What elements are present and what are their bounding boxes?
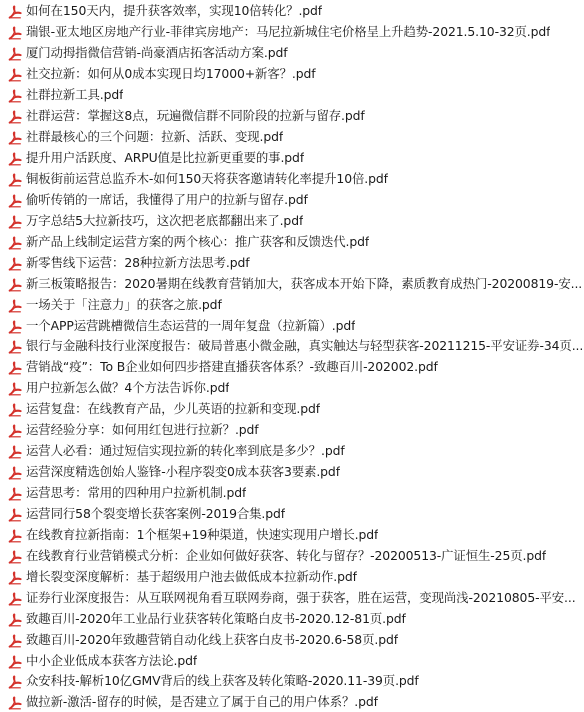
pdf-icon [8, 381, 22, 395]
file-name: 一场关于「注意力」的获客之旅.pdf [26, 295, 222, 315]
file-item[interactable]: 瑞银-亚太地区房地产行业-菲律宾房地产：马尼拉新城住宅价格呈上升趋势-2021.… [0, 22, 584, 43]
pdf-icon [8, 674, 22, 688]
pdf-icon [8, 549, 22, 563]
file-item[interactable]: 运营深度精选创始人鉴锋-小程序裂变0成本获客3要素.pdf [0, 462, 584, 483]
file-item[interactable]: 证券行业深度报告：从互联网视角看互联网券商，强于获客，胜在运营，变现尚浅-202… [0, 587, 584, 608]
file-item[interactable]: 万字总结5大拉新技巧，这次把老底都翻出来了.pdf [0, 210, 584, 231]
file-list: 如何在150天内，提升获客效率，实现10倍转化？.pdf 瑞银-亚太地区房地产行… [0, 0, 584, 712]
pdf-icon [8, 46, 22, 60]
file-item[interactable]: 致趣百川-2020年致趣营销自动化线上获客白皮书-2020.6-58页.pdf [0, 629, 584, 650]
file-item[interactable]: 增长裂变深度解析：基于超级用户池去做低成本拉新动作.pdf [0, 566, 584, 587]
file-item[interactable]: 做拉新-激活-留存的时候，是否建立了属于自己的用户体系？.pdf [0, 692, 584, 712]
pdf-icon [8, 570, 22, 584]
file-name: 瑞银-亚太地区房地产行业-菲律宾房地产：马尼拉新城住宅价格呈上升趋势-2021.… [26, 22, 550, 42]
file-name: 新三板策略报告：2020暑期在线教育营销加大，获客成本开始下降，素质教育成热门-… [26, 274, 582, 294]
pdf-icon [8, 235, 22, 249]
file-item[interactable]: 如何在150天内，提升获客效率，实现10倍转化？.pdf [0, 1, 584, 22]
file-name: 运营思考：常用的四种用户拉新机制.pdf [26, 483, 246, 503]
file-item[interactable]: 铜板街前运营总监乔木-如何150天将获客邀请转化率提升10倍.pdf [0, 169, 584, 190]
file-item[interactable]: 在线教育行业营销模式分析：企业如何做好获客、转化与留存？-20200513-广证… [0, 545, 584, 566]
pdf-icon [8, 67, 22, 81]
pdf-icon [8, 151, 22, 165]
file-item[interactable]: 众安科技-解析10亿GMV背后的线上获客及转化策略-2020.11-39页.pd… [0, 671, 584, 692]
file-item[interactable]: 运营人必看：通过短信实现拉新的转化率到底是多少？.pdf [0, 441, 584, 462]
file-item[interactable]: 新产品上线制定运营方案的两个核心：推广获客和反馈迭代.pdf [0, 231, 584, 252]
pdf-icon [8, 319, 22, 333]
file-item[interactable]: 社交拉新：如何从0成本实现日均17000+新客？.pdf [0, 64, 584, 85]
pdf-icon [8, 465, 22, 479]
file-name: 厦门动拇指微信营销-尚豪酒店拓客活动方案.pdf [26, 43, 288, 63]
file-item[interactable]: 银行与金融科技行业深度报告：破局普惠小微金融，真实触达与轻型获客-2021121… [0, 336, 584, 357]
pdf-icon [8, 109, 22, 123]
pdf-icon [8, 402, 22, 416]
pdf-icon [8, 423, 22, 437]
file-name: 致趣百川-2020年工业品行业获客转化策略白皮书-2020.12-81页.pdf [26, 609, 406, 629]
file-name: 社交拉新：如何从0成本实现日均17000+新客？.pdf [26, 64, 316, 84]
file-item[interactable]: 运营思考：常用的四种用户拉新机制.pdf [0, 483, 584, 504]
file-item[interactable]: 致趣百川-2020年工业品行业获客转化策略白皮书-2020.12-81页.pdf [0, 608, 584, 629]
file-item[interactable]: 运营同行58个裂变增长获客案例-2019合集.pdf [0, 504, 584, 525]
file-item[interactable]: 厦门动拇指微信营销-尚豪酒店拓客活动方案.pdf [0, 43, 584, 64]
pdf-icon [8, 444, 22, 458]
file-name: 证券行业深度报告：从互联网视角看互联网券商，强于获客，胜在运营，变现尚浅-202… [26, 588, 576, 608]
file-name: 做拉新-激活-留存的时候，是否建立了属于自己的用户体系？.pdf [26, 692, 378, 712]
pdf-icon [8, 507, 22, 521]
pdf-icon [8, 654, 22, 668]
file-item[interactable]: 提升用户活跃度、ARPU值是比拉新更重要的事.pdf [0, 148, 584, 169]
pdf-icon [8, 277, 22, 291]
pdf-icon [8, 130, 22, 144]
pdf-icon [8, 339, 22, 353]
file-item[interactable]: 在线教育拉新指南：1个框架+19种渠道，快速实现用户增长.pdf [0, 524, 584, 545]
file-name: 用户拉新怎么做？4个方法告诉你.pdf [26, 378, 229, 398]
file-item[interactable]: 一场关于「注意力」的获客之旅.pdf [0, 294, 584, 315]
file-name: 社群运营：掌握这8点，玩遍微信群不同阶段的拉新与留存.pdf [26, 106, 365, 126]
file-item[interactable]: 新三板策略报告：2020暑期在线教育营销加大，获客成本开始下降，素质教育成热门-… [0, 273, 584, 294]
pdf-icon [8, 172, 22, 186]
pdf-icon [8, 633, 22, 647]
file-item[interactable]: 社群最核心的三个问题：拉新、活跃、变现.pdf [0, 127, 584, 148]
file-name: 在线教育行业营销模式分析：企业如何做好获客、转化与留存？-20200513-广证… [26, 546, 546, 566]
pdf-icon [8, 695, 22, 709]
pdf-icon [8, 88, 22, 102]
file-item[interactable]: 营销战“疫”：To B企业如何四步搭建直播获客体系？-致趣百川-202002.p… [0, 357, 584, 378]
file-name: 运营同行58个裂变增长获客案例-2019合集.pdf [26, 504, 285, 524]
file-name: 偷听传销的一席话，我懂得了用户的拉新与留存.pdf [26, 190, 308, 210]
file-name: 银行与金融科技行业深度报告：破局普惠小微金融，真实触达与轻型获客-2021121… [26, 336, 583, 356]
file-item[interactable]: 一个APP运营跳槽微信生态运营的一周年复盘（拉新篇）.pdf [0, 315, 584, 336]
pdf-icon [8, 486, 22, 500]
file-item[interactable]: 运营经验分享：如何用红包进行拉新？.pdf [0, 420, 584, 441]
file-item[interactable]: 偷听传销的一席话，我懂得了用户的拉新与留存.pdf [0, 189, 584, 210]
file-name: 社群拉新工具.pdf [26, 85, 123, 105]
file-name: 中小企业低成本获客方法论.pdf [26, 651, 197, 671]
file-name: 提升用户活跃度、ARPU值是比拉新更重要的事.pdf [26, 148, 304, 168]
file-name: 运营复盘：在线教育产品，少儿英语的拉新和变现.pdf [26, 399, 320, 419]
file-name: 社群最核心的三个问题：拉新、活跃、变现.pdf [26, 127, 283, 147]
pdf-icon [8, 528, 22, 542]
pdf-icon [8, 256, 22, 270]
file-name: 新产品上线制定运营方案的两个核心：推广获客和反馈迭代.pdf [26, 232, 369, 252]
file-name: 运营人必看：通过短信实现拉新的转化率到底是多少？.pdf [26, 441, 345, 461]
file-item[interactable]: 社群拉新工具.pdf [0, 85, 584, 106]
file-item[interactable]: 运营复盘：在线教育产品，少儿英语的拉新和变现.pdf [0, 399, 584, 420]
file-item[interactable]: 中小企业低成本获客方法论.pdf [0, 650, 584, 671]
pdf-icon [8, 298, 22, 312]
pdf-icon [8, 360, 22, 374]
file-item[interactable]: 新零售线下运营：28种拉新方法思考.pdf [0, 252, 584, 273]
file-name: 万字总结5大拉新技巧，这次把老底都翻出来了.pdf [26, 211, 303, 231]
file-name: 如何在150天内，提升获客效率，实现10倍转化？.pdf [26, 1, 322, 21]
file-name: 在线教育拉新指南：1个框架+19种渠道，快速实现用户增长.pdf [26, 525, 378, 545]
pdf-icon [8, 4, 22, 18]
file-name: 增长裂变深度解析：基于超级用户池去做低成本拉新动作.pdf [26, 567, 357, 587]
file-name: 铜板街前运营总监乔木-如何150天将获客邀请转化率提升10倍.pdf [26, 169, 388, 189]
pdf-icon [8, 214, 22, 228]
file-name: 新零售线下运营：28种拉新方法思考.pdf [26, 253, 250, 273]
file-item[interactable]: 用户拉新怎么做？4个方法告诉你.pdf [0, 378, 584, 399]
file-name: 运营经验分享：如何用红包进行拉新？.pdf [26, 420, 259, 440]
pdf-icon [8, 25, 22, 39]
file-name: 营销战“疫”：To B企业如何四步搭建直播获客体系？-致趣百川-202002.p… [26, 357, 438, 377]
pdf-icon [8, 591, 22, 605]
file-name: 众安科技-解析10亿GMV背后的线上获客及转化策略-2020.11-39页.pd… [26, 671, 419, 691]
file-name: 致趣百川-2020年致趣营销自动化线上获客白皮书-2020.6-58页.pdf [26, 630, 398, 650]
file-item[interactable]: 社群运营：掌握这8点，玩遍微信群不同阶段的拉新与留存.pdf [0, 106, 584, 127]
file-name: 一个APP运营跳槽微信生态运营的一周年复盘（拉新篇）.pdf [26, 316, 355, 336]
pdf-icon [8, 612, 22, 626]
pdf-icon [8, 193, 22, 207]
file-name: 运营深度精选创始人鉴锋-小程序裂变0成本获客3要素.pdf [26, 462, 340, 482]
